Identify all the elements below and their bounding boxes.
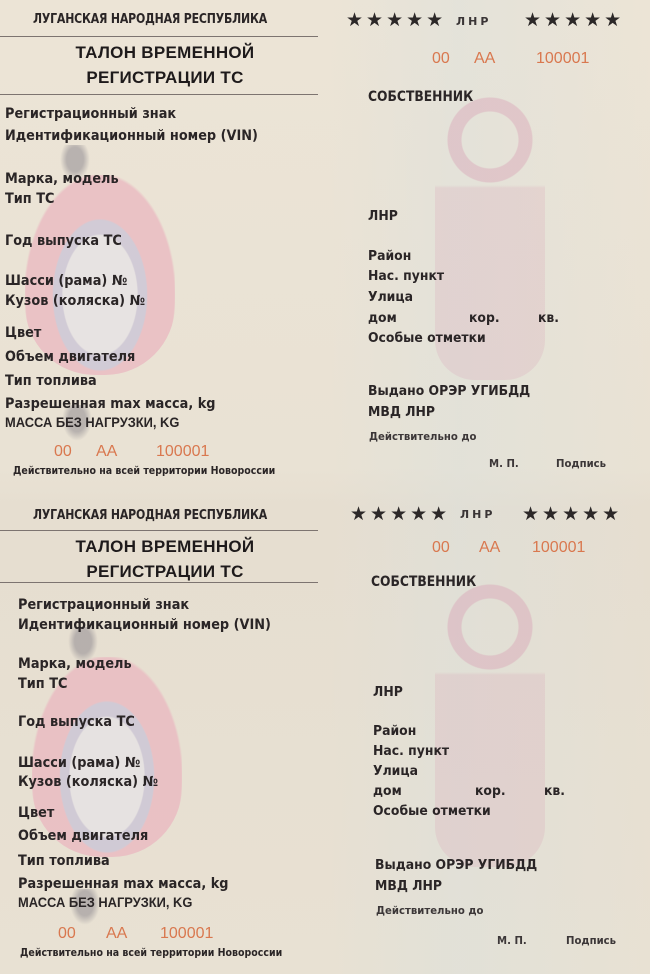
field-fuel-type: Тип топлива: [5, 373, 97, 389]
address-district: Район: [368, 248, 411, 264]
field-vin: Идентификационный номер (VIN): [18, 617, 271, 633]
field-body: Кузов (коляска) №: [18, 774, 158, 790]
divider: [0, 94, 318, 95]
address-street: Улица: [368, 289, 413, 305]
document-title-line1: ТАЛОН ВРЕМЕННОЙ: [0, 537, 330, 557]
issued-by-line1: Выдано ОРЭР УГИБДД: [368, 383, 530, 399]
field-color: Цвет: [18, 805, 54, 821]
signature-label: Подпись: [566, 934, 616, 947]
document-title-line2: РЕГИСТРАЦИИ ТС: [0, 562, 330, 582]
stamp-label: М. П.: [497, 934, 527, 947]
header-abbr: ЛНР: [460, 508, 495, 521]
stars-left-icon: ★★★★★: [346, 9, 446, 31]
serial-number: 100001: [532, 539, 585, 557]
address-region: ЛНР: [368, 208, 398, 224]
republic-name: ЛУГАНСКАЯ НАРОДНАЯ РЕСПУБЛИКА: [33, 11, 267, 27]
republic-name: ЛУГАНСКАЯ НАРОДНАЯ РЕСПУБЛИКА: [33, 507, 267, 523]
field-make-model: Марка, модель: [18, 656, 132, 672]
serial-number: 100001: [536, 50, 589, 68]
serial-number: 100001: [160, 925, 213, 943]
field-chassis: Шасси (рама) №: [5, 273, 127, 289]
field-body: Кузов (коляска) №: [5, 293, 145, 309]
field-reg-sign: Регистрационный знак: [5, 106, 176, 122]
field-unladen-mass: МАССА БЕЗ НАГРУЗКИ, KG: [5, 414, 179, 430]
special-notes: Особые отметки: [368, 330, 486, 346]
address-apartment: кв.: [538, 310, 559, 326]
serial-letters: AA: [96, 443, 117, 461]
owner-heading: СОБСТВЕННИК: [368, 89, 473, 105]
serial-series: 00: [54, 443, 72, 461]
watermark-ornament-right: [435, 567, 545, 867]
field-max-mass: Разрешенная max масса, kg: [18, 876, 228, 892]
divider: [0, 36, 318, 37]
serial-series: 00: [432, 50, 450, 68]
valid-until-label: Действительно до: [369, 430, 476, 443]
field-unladen-mass: МАССА БЕЗ НАГРУЗКИ, KG: [18, 894, 192, 910]
issued-by-line2: МВД ЛНР: [375, 878, 442, 894]
signature-label: Подпись: [556, 457, 606, 470]
divider: [0, 582, 318, 583]
address-house: дом: [373, 783, 402, 799]
stars-right-icon: ★★★★★: [522, 503, 622, 525]
field-vin: Идентификационный номер (VIN): [5, 128, 258, 144]
address-apartment: кв.: [544, 783, 565, 799]
address-street: Улица: [373, 763, 418, 779]
serial-series: 00: [432, 539, 450, 557]
address-district: Район: [373, 723, 416, 739]
issued-by-line2: МВД ЛНР: [368, 404, 435, 420]
field-year: Год выпуска ТС: [18, 714, 135, 730]
coupon-copy-bottom: ЛУГАНСКАЯ НАРОДНАЯ РЕСПУБЛИКА ТАЛОН ВРЕМ…: [0, 487, 650, 974]
owner-heading: СОБСТВЕННИК: [371, 574, 476, 590]
serial-letters: AA: [474, 50, 495, 68]
field-max-mass: Разрешенная max масса, kg: [5, 396, 215, 412]
divider: [0, 530, 318, 531]
document-title-line1: ТАЛОН ВРЕМЕННОЙ: [0, 43, 330, 63]
serial-number: 100001: [156, 443, 209, 461]
coupon-copy-top: ЛУГАНСКАЯ НАРОДНАЯ РЕСПУБЛИКА ТАЛОН ВРЕМ…: [0, 0, 650, 487]
serial-letters: AA: [106, 925, 127, 943]
field-reg-sign: Регистрационный знак: [18, 597, 189, 613]
field-make-model: Марка, модель: [5, 171, 119, 187]
valid-territory-note: Действительно на всей территории Новорос…: [13, 465, 275, 477]
valid-territory-note: Действительно на всей территории Новорос…: [20, 947, 282, 959]
field-engine-volume: Объем двигателя: [18, 828, 148, 844]
address-region: ЛНР: [373, 684, 403, 700]
serial-series: 00: [58, 925, 76, 943]
field-year: Год выпуска ТС: [5, 233, 122, 249]
valid-until-label: Действительно до: [376, 904, 483, 917]
document-title-line2: РЕГИСТРАЦИИ ТС: [0, 68, 330, 88]
field-color: Цвет: [5, 325, 41, 341]
field-chassis: Шасси (рама) №: [18, 755, 140, 771]
serial-letters: AA: [479, 539, 500, 557]
address-locality: Нас. пункт: [373, 743, 449, 759]
address-building: кор.: [475, 783, 506, 799]
header-abbr: ЛНР: [456, 15, 491, 28]
field-vehicle-type: Тип ТС: [18, 676, 67, 692]
address-building: кор.: [469, 310, 500, 326]
stars-right-icon: ★★★★★: [524, 9, 624, 31]
address-locality: Нас. пункт: [368, 268, 444, 284]
stamp-label: М. П.: [489, 457, 519, 470]
issued-by-line1: Выдано ОРЭР УГИБДД: [375, 857, 537, 873]
stars-left-icon: ★★★★★: [350, 503, 450, 525]
address-house: дом: [368, 310, 397, 326]
field-vehicle-type: Тип ТС: [5, 191, 54, 207]
field-engine-volume: Объем двигателя: [5, 349, 135, 365]
special-notes: Особые отметки: [373, 803, 491, 819]
field-fuel-type: Тип топлива: [18, 853, 110, 869]
